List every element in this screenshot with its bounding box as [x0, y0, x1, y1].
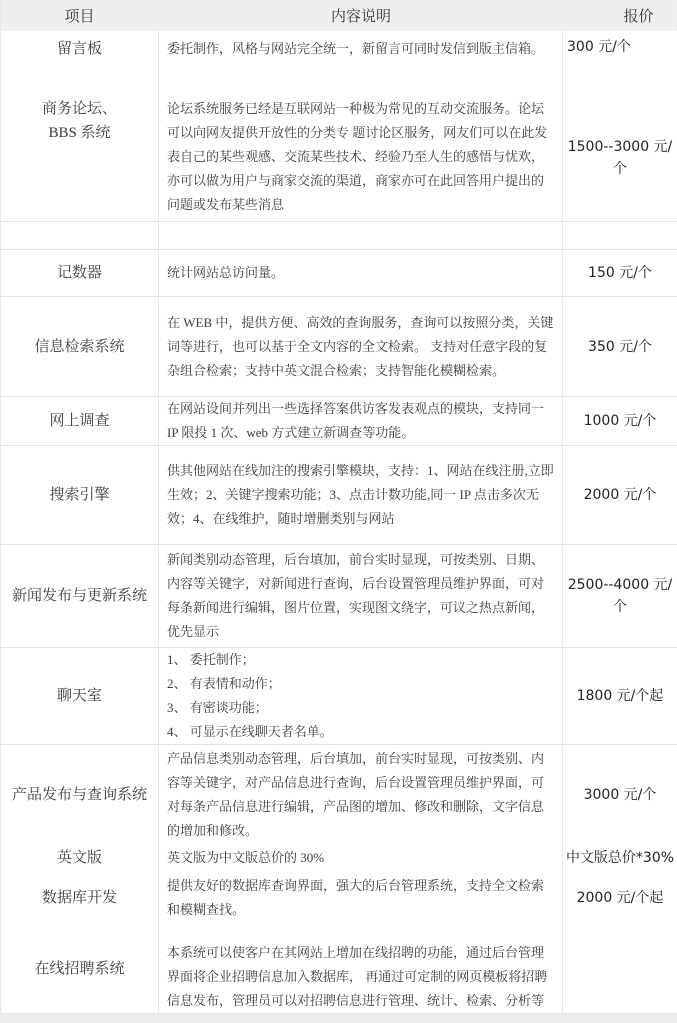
desc-text: 产品信息类别动态管理，后台填加，前台实时显现，可按类别、内容等关键字，对产品信息… [167, 747, 555, 843]
row-online-survey: 网上调查 在网站设间并列出一些选择答案供访客发表观点的模块，支持同一 IP 限投… [1, 397, 677, 446]
item-label: 在线招聘系统 [34, 957, 124, 981]
row-database-dev: 数据库开发 提供友好的数据库查询界面，强大的后台管理系统，支持全文检索和模糊查找… [1, 871, 677, 925]
header-price-cell: 报价 [563, 0, 677, 31]
price-text: 1800 元/个起 [577, 685, 664, 707]
item-cell: 留言板 [1, 31, 159, 95]
desc-cell: 产品信息类别动态管理，后台填加，前台实时显现，可按类别、内容等关键字，对产品信息… [159, 745, 563, 845]
price-cell: 1500--3000 元/个 [563, 95, 677, 221]
bottom-cutoff-strip [0, 1014, 677, 1023]
desc-cell: 本系统可以使客户在其网站上增加在线招聘的功能，通过后台管理界面将企业招聘信息加入… [159, 925, 563, 1013]
item-cell: 新闻发布与更新系统 [1, 545, 159, 647]
price-cell: 1000 元/个 [563, 397, 677, 445]
desc-text: 提供友好的数据库查询界面，强大的后台管理系统，支持全文检索和模糊查找。 [167, 874, 555, 922]
header-item-label: 项目 [64, 5, 94, 26]
price-text: 1000 元/个 [584, 410, 657, 432]
item-cell: 英文版 [1, 845, 159, 871]
item-label: 信息检索系统 [34, 335, 124, 359]
price-cell: 3000 元/个 [563, 745, 677, 845]
item-cell: 记数器 [1, 250, 159, 296]
price-text: 2000 元/个 [584, 484, 657, 506]
row-counter: 记数器 统计网站总访问量。 150 元/个 [1, 250, 677, 297]
header-item-cell: 项目 [1, 0, 159, 31]
price-text: 2500--4000 元/个 [564, 574, 676, 618]
price-cell: 2000 元/个起 [563, 871, 677, 925]
price-cell: 1800 元/个起 [563, 648, 677, 744]
desc-text: 论坛系统服务已经是互联网站一种极为常见的互动交流服务。论坛可以向网友提供开放性的… [167, 97, 555, 217]
price-cell: 2500--4000 元/个 [563, 545, 677, 647]
price-text: 3000 元/个 [584, 784, 657, 806]
row-english-version: 英文版 英文版为中文版总价的 30% 中文版总价*30% [1, 845, 677, 871]
item-cell: 信息检索系统 [1, 297, 159, 396]
desc-text: 新闻类别动态管理，后台填加，前台实时显现，可按类别、日期、内容等关键字，对新闻进… [167, 548, 555, 644]
header-desc-cell: 内容说明 [159, 0, 563, 31]
row-search-engine: 搜索引擎 供其他网站在线加注的搜索引擎模块，支持：1、网站在线注册,立即生效；2… [1, 446, 677, 545]
desc-text: 1、 委托制作； 2、 有表情和动作； 3、 有密谈功能； 4、 可显示在线聊天… [167, 648, 333, 744]
item-label: 产品发布与查询系统 [12, 783, 147, 807]
row-online-recruitment: 在线招聘系统 本系统可以使客户在其网站上增加在线招聘的功能，通过后台管理界面将企… [1, 925, 677, 1014]
desc-text: 供其他网站在线加注的搜索引擎模块，支持：1、网站在线注册,立即生效；2、关键字搜… [167, 459, 555, 531]
pricing-document: 项目 内容说明 报价 留言板 委托制作，风格与网站完全统一，新留言可同时发信到版… [0, 0, 677, 1023]
header-price-label: 报价 [623, 5, 653, 26]
desc-cell: 提供友好的数据库查询界面，强大的后台管理系统，支持全文检索和模糊查找。 [159, 871, 563, 925]
item-cell: 网上调查 [1, 397, 159, 445]
price-text: 150 元/个 [588, 262, 652, 284]
item-label: 记数器 [57, 261, 102, 285]
desc-cell: 供其他网站在线加注的搜索引擎模块，支持：1、网站在线注册,立即生效；2、关键字搜… [159, 446, 563, 544]
desc-text: 委托制作，风格与网站完全统一，新留言可同时发信到版主信箱。 [167, 37, 544, 61]
table-header-row: 项目 内容说明 报价 [1, 0, 677, 31]
row-chat-room: 聊天室 1、 委托制作； 2、 有表情和动作； 3、 有密谈功能； 4、 可显示… [1, 648, 677, 745]
item-label: 聊天室 [57, 684, 102, 708]
row-news-system: 新闻发布与更新系统 新闻类别动态管理，后台填加，前台实时显现，可按类别、日期、内… [1, 545, 677, 648]
desc-cell: 英文版为中文版总价的 30% [159, 845, 563, 871]
desc-text: 在网站设间并列出一些选择答案供访客发表观点的模块，支持同一 IP 限投 1 次、… [167, 397, 555, 445]
item-label: 新闻发布与更新系统 [12, 584, 147, 608]
desc-cell: 在 WEB 中，提供方便、高效的查询服务，查询可以按照分类，关键词等进行，也可以… [159, 297, 563, 396]
header-desc-label: 内容说明 [331, 5, 391, 26]
price-cell: 150 元/个 [563, 250, 677, 296]
item-cell: 产品发布与查询系统 [1, 745, 159, 845]
row-info-retrieval: 信息检索系统 在 WEB 中，提供方便、高效的查询服务，查询可以按照分类，关键词… [1, 297, 677, 397]
price-text: 300 元/个 [567, 36, 631, 58]
item-label: 商务论坛、 BBS 系统 [42, 97, 117, 145]
pricing-table: 项目 内容说明 报价 留言板 委托制作，风格与网站完全统一，新留言可同时发信到版… [0, 0, 677, 1014]
price-cell: 350 元/个 [563, 297, 677, 396]
desc-cell: 委托制作，风格与网站完全统一，新留言可同时发信到版主信箱。 [159, 31, 563, 95]
item-cell: 商务论坛、 BBS 系统 [1, 95, 159, 221]
row-guestbook: 留言板 委托制作，风格与网站完全统一，新留言可同时发信到版主信箱。 300 元/… [1, 31, 677, 95]
desc-text: 英文版为中文版总价的 30% [167, 846, 324, 870]
row-empty [1, 222, 677, 250]
desc-cell: 新闻类别动态管理，后台填加，前台实时显现，可按类别、日期、内容等关键字，对新闻进… [159, 545, 563, 647]
price-cell: 300 元/个 [563, 31, 677, 95]
desc-cell: 统计网站总访问量。 [159, 250, 563, 296]
item-label: 数据库开发 [42, 886, 117, 910]
price-cell: 2000 元/个 [563, 446, 677, 544]
item-cell: 数据库开发 [1, 871, 159, 925]
item-label: 留言板 [57, 37, 102, 61]
price-cell [563, 925, 677, 1013]
price-cell [563, 222, 677, 249]
item-cell: 聊天室 [1, 648, 159, 744]
price-text: 1500--3000 元/个 [564, 136, 676, 180]
item-cell [1, 222, 159, 249]
item-cell: 搜索引擎 [1, 446, 159, 544]
price-cell: 中文版总价*30% [563, 845, 677, 871]
item-label: 网上调查 [49, 409, 109, 433]
desc-text: 本系统可以使客户在其网站上增加在线招聘的功能，通过后台管理界面将企业招聘信息加入… [167, 941, 555, 1013]
item-cell: 在线招聘系统 [1, 925, 159, 1013]
desc-cell: 1、 委托制作； 2、 有表情和动作； 3、 有密谈功能； 4、 可显示在线聊天… [159, 648, 563, 744]
desc-cell [159, 222, 563, 249]
desc-cell: 论坛系统服务已经是互联网站一种极为常见的互动交流服务。论坛可以向网友提供开放性的… [159, 95, 563, 221]
item-label: 搜索引擎 [49, 483, 109, 507]
desc-text: 在 WEB 中，提供方便、高效的查询服务，查询可以按照分类，关键词等进行，也可以… [167, 311, 555, 383]
desc-cell: 在网站设间并列出一些选择答案供访客发表观点的模块，支持同一 IP 限投 1 次、… [159, 397, 563, 445]
desc-text: 统计网站总访问量。 [167, 261, 284, 285]
row-product-system: 产品发布与查询系统 产品信息类别动态管理，后台填加，前台实时显现，可按类别、内容… [1, 745, 677, 845]
price-text: 2000 元/个起 [577, 887, 664, 909]
row-bbs-forum: 商务论坛、 BBS 系统 论坛系统服务已经是互联网站一种极为常见的互动交流服务。… [1, 95, 677, 222]
price-text: 中文版总价*30% [566, 847, 674, 869]
item-label: 英文版 [57, 846, 102, 870]
price-text: 350 元/个 [588, 336, 652, 358]
